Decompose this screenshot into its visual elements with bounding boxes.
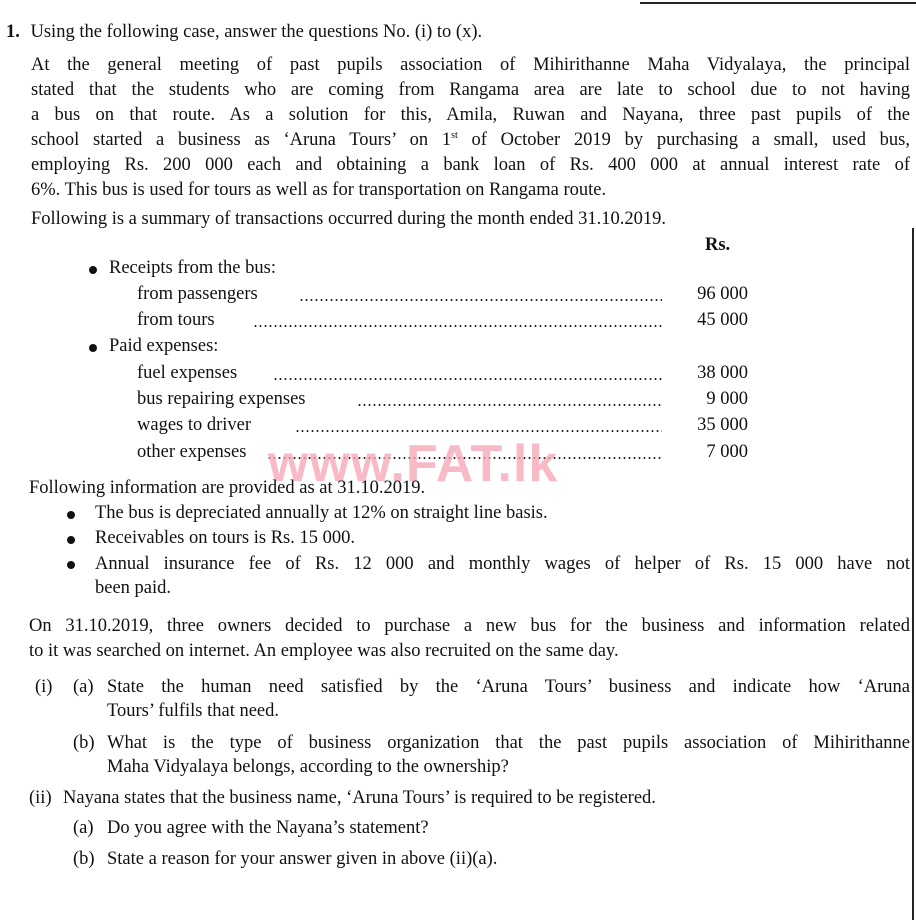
transaction-amount: 7 000: [706, 442, 748, 463]
bullet-icon: [67, 536, 75, 544]
subq-ii-a-text: Do you agree with the Nayana’s statement…: [107, 818, 429, 839]
subq-i-b-line-2: Maha Vidyalaya belongs, according to the…: [107, 757, 509, 778]
summary-intro: Following is a summary of transactions o…: [31, 209, 666, 230]
case-line-1: At the general meeting of past pupils as…: [31, 55, 910, 76]
subq-ii-a-label: (a): [73, 818, 94, 839]
dot-leader: [295, 430, 662, 432]
case-line-4: school started a business as ‘Aruna Tour…: [31, 130, 910, 151]
subq-i-a-line-1: State the human need satisfied by the ‘A…: [107, 677, 910, 698]
subq-i-number: (i): [35, 677, 52, 698]
case-line-5: employing Rs. 200 000 each and obtaining…: [31, 155, 910, 176]
transaction-amount: 38 000: [697, 363, 748, 384]
case-line-6: 6%. This bus is used for tours as well a…: [31, 180, 606, 201]
transaction-label: fuel expenses: [137, 363, 237, 384]
info-item: Annual insurance fee of Rs. 12 000 and m…: [95, 554, 910, 575]
bullet-icon: [89, 266, 97, 274]
transaction-label: bus repairing expenses: [137, 389, 306, 410]
expenses-heading: Paid expenses:: [109, 336, 218, 357]
transaction-amount: 35 000: [697, 415, 748, 436]
receipts-heading: Receipts from the bus:: [109, 258, 276, 279]
case-line-2: stated that the students who are coming …: [31, 80, 910, 101]
question-header: 1. Using the following case, answer the …: [6, 22, 482, 43]
dot-leader: [299, 299, 662, 301]
dot-leader: [273, 378, 662, 380]
later-event-line-1: On 31.10.2019, three owners decided to p…: [29, 616, 910, 637]
subq-ii-b-label: (b): [73, 849, 95, 870]
transaction-label: from passengers: [137, 284, 258, 305]
bullet-icon: [67, 561, 75, 569]
transaction-label: from tours: [137, 310, 215, 331]
later-event-line-2: to it was searched on internet. An emplo…: [29, 641, 619, 662]
transaction-row: from tours 45 000: [137, 310, 748, 336]
dot-leader: [253, 325, 662, 327]
subq-i-b-line-1: What is the type of business organizatio…: [107, 733, 910, 754]
info-item: Receivables on tours is Rs. 15 000.: [95, 528, 355, 549]
subq-i-a-label: (a): [73, 677, 94, 698]
top-border-line: [640, 2, 916, 4]
additional-info-intro: Following information are provided as at…: [29, 478, 425, 499]
subq-ii-b-text: State a reason for your answer given in …: [107, 849, 497, 870]
transaction-label: wages to driver: [137, 415, 251, 436]
question-intro: Using the following case, answer the que…: [31, 22, 483, 42]
transaction-row: bus repairing expenses 9 000: [137, 389, 748, 415]
subq-i-a-line-2: Tours’ fulfils that need.: [107, 701, 279, 722]
bullet-icon: [67, 511, 75, 519]
info-item-continuation: been paid.: [95, 578, 171, 599]
question-number: 1.: [6, 22, 20, 42]
dot-leader: [357, 404, 662, 406]
subq-ii-text: Nayana states that the business name, ‘A…: [63, 788, 656, 809]
bullet-icon: [89, 344, 97, 352]
transaction-amount: 45 000: [697, 310, 748, 331]
transaction-row: fuel expenses 38 000: [137, 363, 748, 389]
currency-header: Rs.: [705, 235, 730, 256]
transaction-row: from passengers 96 000: [137, 284, 748, 310]
subq-i-b-label: (b): [73, 733, 95, 754]
right-border-line: [912, 228, 914, 920]
info-item: The bus is depreciated annually at 12% o…: [95, 503, 548, 524]
transaction-label: other expenses: [137, 442, 246, 463]
transaction-amount: 96 000: [697, 284, 748, 305]
case-line-3: a bus on that route. As a solution for t…: [31, 105, 910, 126]
subq-ii-number: (ii): [29, 788, 52, 809]
transaction-amount: 9 000: [706, 389, 748, 410]
